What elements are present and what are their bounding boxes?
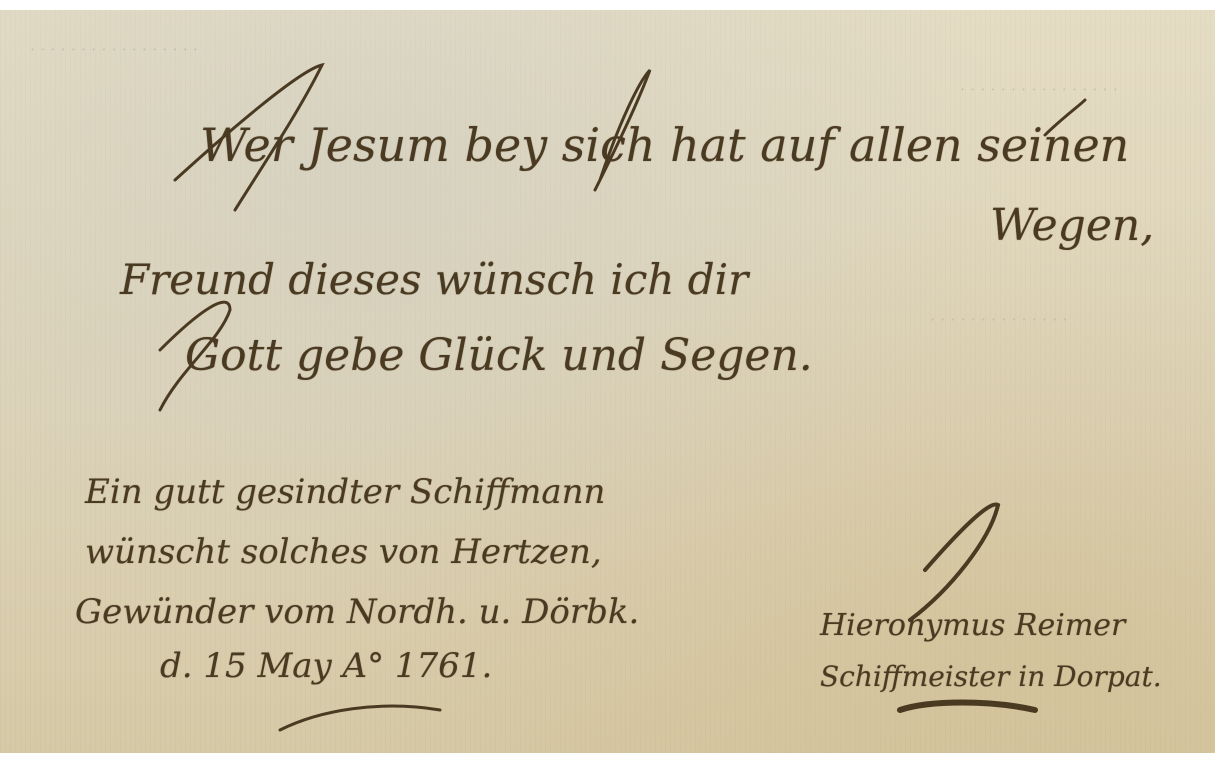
signature-title: Schiffmeister in Dorpat. (820, 660, 1162, 693)
manuscript-page: · · · · · · · · · · · · · · · · · · · · … (0, 10, 1215, 753)
motto-line-3: Gott gebe Glück und Segen. (185, 330, 813, 381)
entry-date: d. 15 May A° 1761. (160, 646, 492, 686)
motto-line-2: Freund dieses wünsch ich dir (120, 255, 748, 304)
motto-line-1: Wer Jesum bey sich hat auf allen seinen (200, 118, 1129, 172)
dedication-line-1: Ein gutt gesindter Schiffmann (85, 472, 605, 512)
dedication-line-2: wünscht solches von Hertzen, (85, 532, 602, 572)
dedication-line-3: Gewünder vom Nordh. u. Dörbk. (75, 592, 639, 632)
motto-line-1-continued: Wegen, (990, 200, 1154, 251)
signature-name: Hieronymus Reimer (820, 608, 1125, 643)
